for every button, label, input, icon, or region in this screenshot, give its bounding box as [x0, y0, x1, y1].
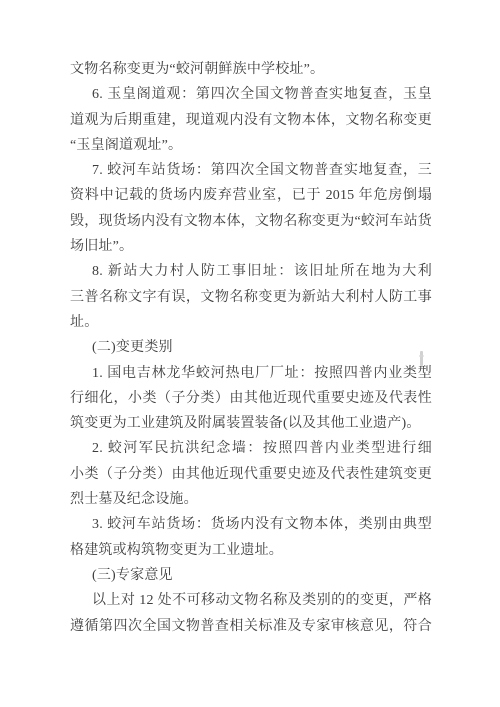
text-line: 三普名称文字有误，文物名称变更为新站大利村人防工事旧 — [70, 285, 432, 310]
text-line: 道观为后期重建，现道观内没有文物本体，文物名称变更为 — [70, 108, 432, 133]
text-line: 以上对 12 处不可移动文物名称及类别的的变更，严格 — [70, 588, 432, 613]
text-line: 格建筑或构筑物变更为工业遗址。 — [70, 538, 432, 563]
text-line: 毁，现货场内没有文物本体，文物名称变更为“蛟河车站货 — [70, 209, 432, 234]
text-line: 文物名称变更为“蛟河朝鲜族中学校址”。 — [70, 57, 432, 82]
text-line: 3. 蛟河车站货场：货场内没有文物本体，类别由典型风 — [70, 512, 432, 537]
text-line: 1. 国电吉林龙华蛟河热电厂厂址：按照四普内业类型进 — [70, 361, 432, 386]
text-line: 小类（子分类）由其他近现代重要史迹及代表性建筑变更为 — [70, 462, 432, 487]
text-line: 烈士墓及纪念设施。 — [70, 487, 432, 512]
text-line: 资料中记载的货场内废弃营业室，已于 2015 年危房倒塌损 — [70, 183, 432, 208]
text-line: 行细化，小类（子分类）由其他近现代重要史迹及代表性建 — [70, 386, 432, 411]
text-line: 筑变更为工业建筑及附属装置装备(以及其他工业遗产)。 — [70, 411, 432, 436]
text-line: 7. 蛟河车站货场：第四次全国文物普查实地复查，三普 — [70, 158, 432, 183]
scan-artifact — [420, 351, 423, 366]
text-block: 文物名称变更为“蛟河朝鲜族中学校址”。6. 玉皇阁道观：第四次全国文物普查实地复… — [70, 57, 432, 639]
text-line: 6. 玉皇阁道观：第四次全国文物普查实地复查，玉皇阁 — [70, 82, 432, 107]
text-line: (三)专家意见 — [70, 563, 432, 588]
text-line: 场旧址”。 — [70, 234, 432, 259]
text-line: 遵循第四次全国文物普查相关标准及专家审核意见，符合文 — [70, 614, 432, 639]
text-line: “玉皇阁道观址”。 — [70, 133, 432, 158]
text-line: (二)变更类别 — [70, 335, 432, 360]
text-line: 8. 新站大力村人防工事旧址：该旧址所在地为大利村， — [70, 259, 432, 284]
document-page: 文物名称变更为“蛟河朝鲜族中学校址”。6. 玉皇阁道观：第四次全国文物普查实地复… — [0, 0, 500, 707]
text-line: 址。 — [70, 310, 432, 335]
text-line: 2. 蛟河军民抗洪纪念墙：按照四普内业类型进行细化， — [70, 436, 432, 461]
